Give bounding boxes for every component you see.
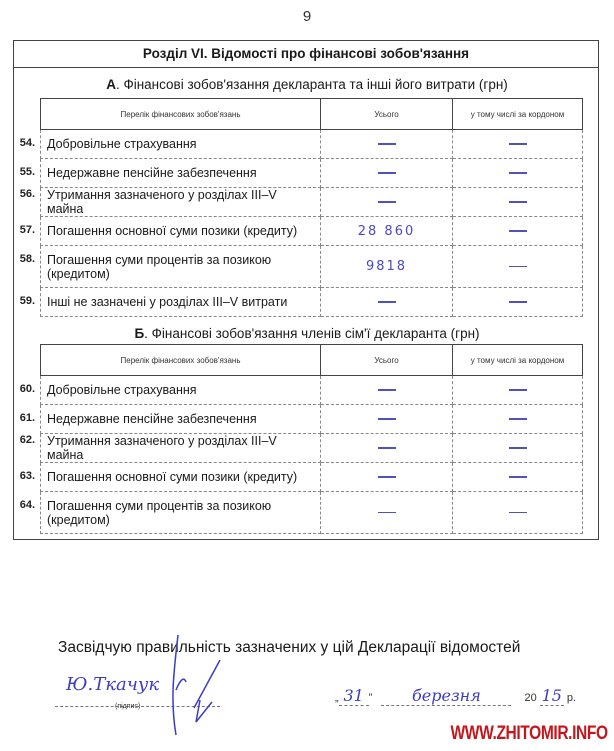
dash-mark-icon [509, 512, 527, 514]
row-number: 63. [9, 470, 35, 482]
part-a-letter: А [106, 77, 116, 92]
column-header-total: Усього [321, 345, 453, 376]
dash-mark-icon [509, 230, 527, 232]
row-label: Утримання зазначеного у розділах III–V м… [47, 188, 277, 216]
row-label: Недержавне пенсійне забезпечення [47, 412, 257, 426]
row-label: Погашення суми процентів за позикою (кре… [47, 499, 271, 527]
dash-mark-icon [509, 301, 527, 303]
watermark: WWW.ZHITOMIR.INFO [451, 723, 608, 745]
row-label: Недержавне пенсійне забезпечення [47, 166, 257, 180]
dash-mark-icon [509, 201, 527, 203]
dash-mark-icon [509, 266, 527, 268]
date-field: „31” березня 20 15 р. [335, 686, 576, 706]
part-b-table: Перелік фінансових зобов'язань Усього у … [40, 344, 583, 534]
row-label: Погашення основної суми позики (кредиту) [47, 470, 297, 484]
column-header-list: Перелік фінансових зобов'язань [41, 99, 321, 130]
table-row: 62.Утримання зазначеного у розділах III–… [41, 434, 583, 463]
part-a-title: А. Фінансові зобов'язання декларанта та … [0, 77, 614, 92]
date-month: березня [381, 686, 511, 706]
row-label: Інші не зазначені у розділах III–V витра… [47, 295, 287, 309]
dash-mark-icon [378, 418, 396, 420]
row-number: 57. [9, 224, 35, 236]
section-title: Розділ VI. Відомості про фінансові зобов… [13, 40, 599, 68]
dash-mark-icon [378, 447, 396, 449]
row-number: 56. [9, 188, 35, 200]
row-label: Утримання зазначеного у розділах III–V м… [47, 434, 277, 462]
row-number: 62. [9, 434, 35, 446]
row-label: Погашення суми процентів за позикою (кре… [47, 253, 271, 281]
column-header-list: Перелік фінансових зобов'язань [41, 345, 321, 376]
row-label: Добровільне страхування [47, 137, 197, 151]
dash-mark-icon [378, 476, 396, 478]
dash-mark-icon [509, 143, 527, 145]
row-number: 55. [9, 166, 35, 178]
column-header-abroad: у тому числі за кордоном [453, 345, 583, 376]
column-header-abroad: у тому числі за кордоном [453, 99, 583, 130]
dash-mark-icon [509, 172, 527, 174]
row-number: 59. [9, 295, 35, 307]
row-total-value: 9818 [366, 259, 407, 274]
row-total-value: 28 860 [358, 224, 416, 239]
table-row: 54.Добровільне страхування [41, 130, 583, 159]
table-row: 63.Погашення основної суми позики (креди… [41, 463, 583, 492]
date-day: 31 [339, 686, 369, 706]
column-header-total: Усього [321, 99, 453, 130]
page-number: 9 [0, 8, 614, 25]
certification-statement: Засвідчую правильність зазначених у цій … [58, 639, 520, 657]
row-number: 54. [9, 137, 35, 149]
table-row: 61.Недержавне пенсійне забезпечення [41, 405, 583, 434]
table-row: 60.Добровільне страхування [41, 376, 583, 405]
part-b-title: Б. Фінансові зобов'язання членів сім'ї д… [0, 326, 614, 341]
table-row: 59.Інші не зазначені у розділах III–V ви… [41, 288, 583, 317]
dash-mark-icon [509, 418, 527, 420]
row-number: 60. [9, 383, 35, 395]
dash-mark-icon [378, 201, 396, 203]
part-b-letter: Б [134, 326, 144, 341]
signature: Ю.Ткачук [66, 674, 159, 695]
date-year-prefix: 20 [524, 692, 536, 704]
table-row: 58.Погашення суми процентів за позикою (… [41, 246, 583, 288]
dash-mark-icon [378, 301, 396, 303]
row-label: Добровільне страхування [47, 383, 197, 397]
table-row: 55.Недержавне пенсійне забезпечення [41, 159, 583, 188]
table-row: 64.Погашення суми процентів за позикою (… [41, 492, 583, 534]
part-a-table: Перелік фінансових зобов'язань Усього у … [40, 98, 583, 317]
dash-mark-icon [378, 172, 396, 174]
row-number: 61. [9, 412, 35, 424]
dash-mark-icon [509, 389, 527, 391]
row-label: Погашення основної суми позики (кредиту) [47, 224, 297, 238]
dash-mark-icon [378, 389, 396, 391]
signature-label: (підпис) [115, 703, 140, 710]
dash-mark-icon [378, 143, 396, 145]
date-year-suffix: 15 [540, 686, 564, 706]
row-number: 58. [9, 253, 35, 265]
table-row: 56.Утримання зазначеного у розділах III–… [41, 188, 583, 217]
dash-mark-icon [509, 447, 527, 449]
signature-stroke-icon [150, 630, 240, 740]
dash-mark-icon [378, 512, 396, 514]
date-year-unit: р. [567, 692, 576, 704]
table-row: 57.Погашення основної суми позики (креди… [41, 217, 583, 246]
dash-mark-icon [509, 476, 527, 478]
row-number: 64. [9, 499, 35, 511]
